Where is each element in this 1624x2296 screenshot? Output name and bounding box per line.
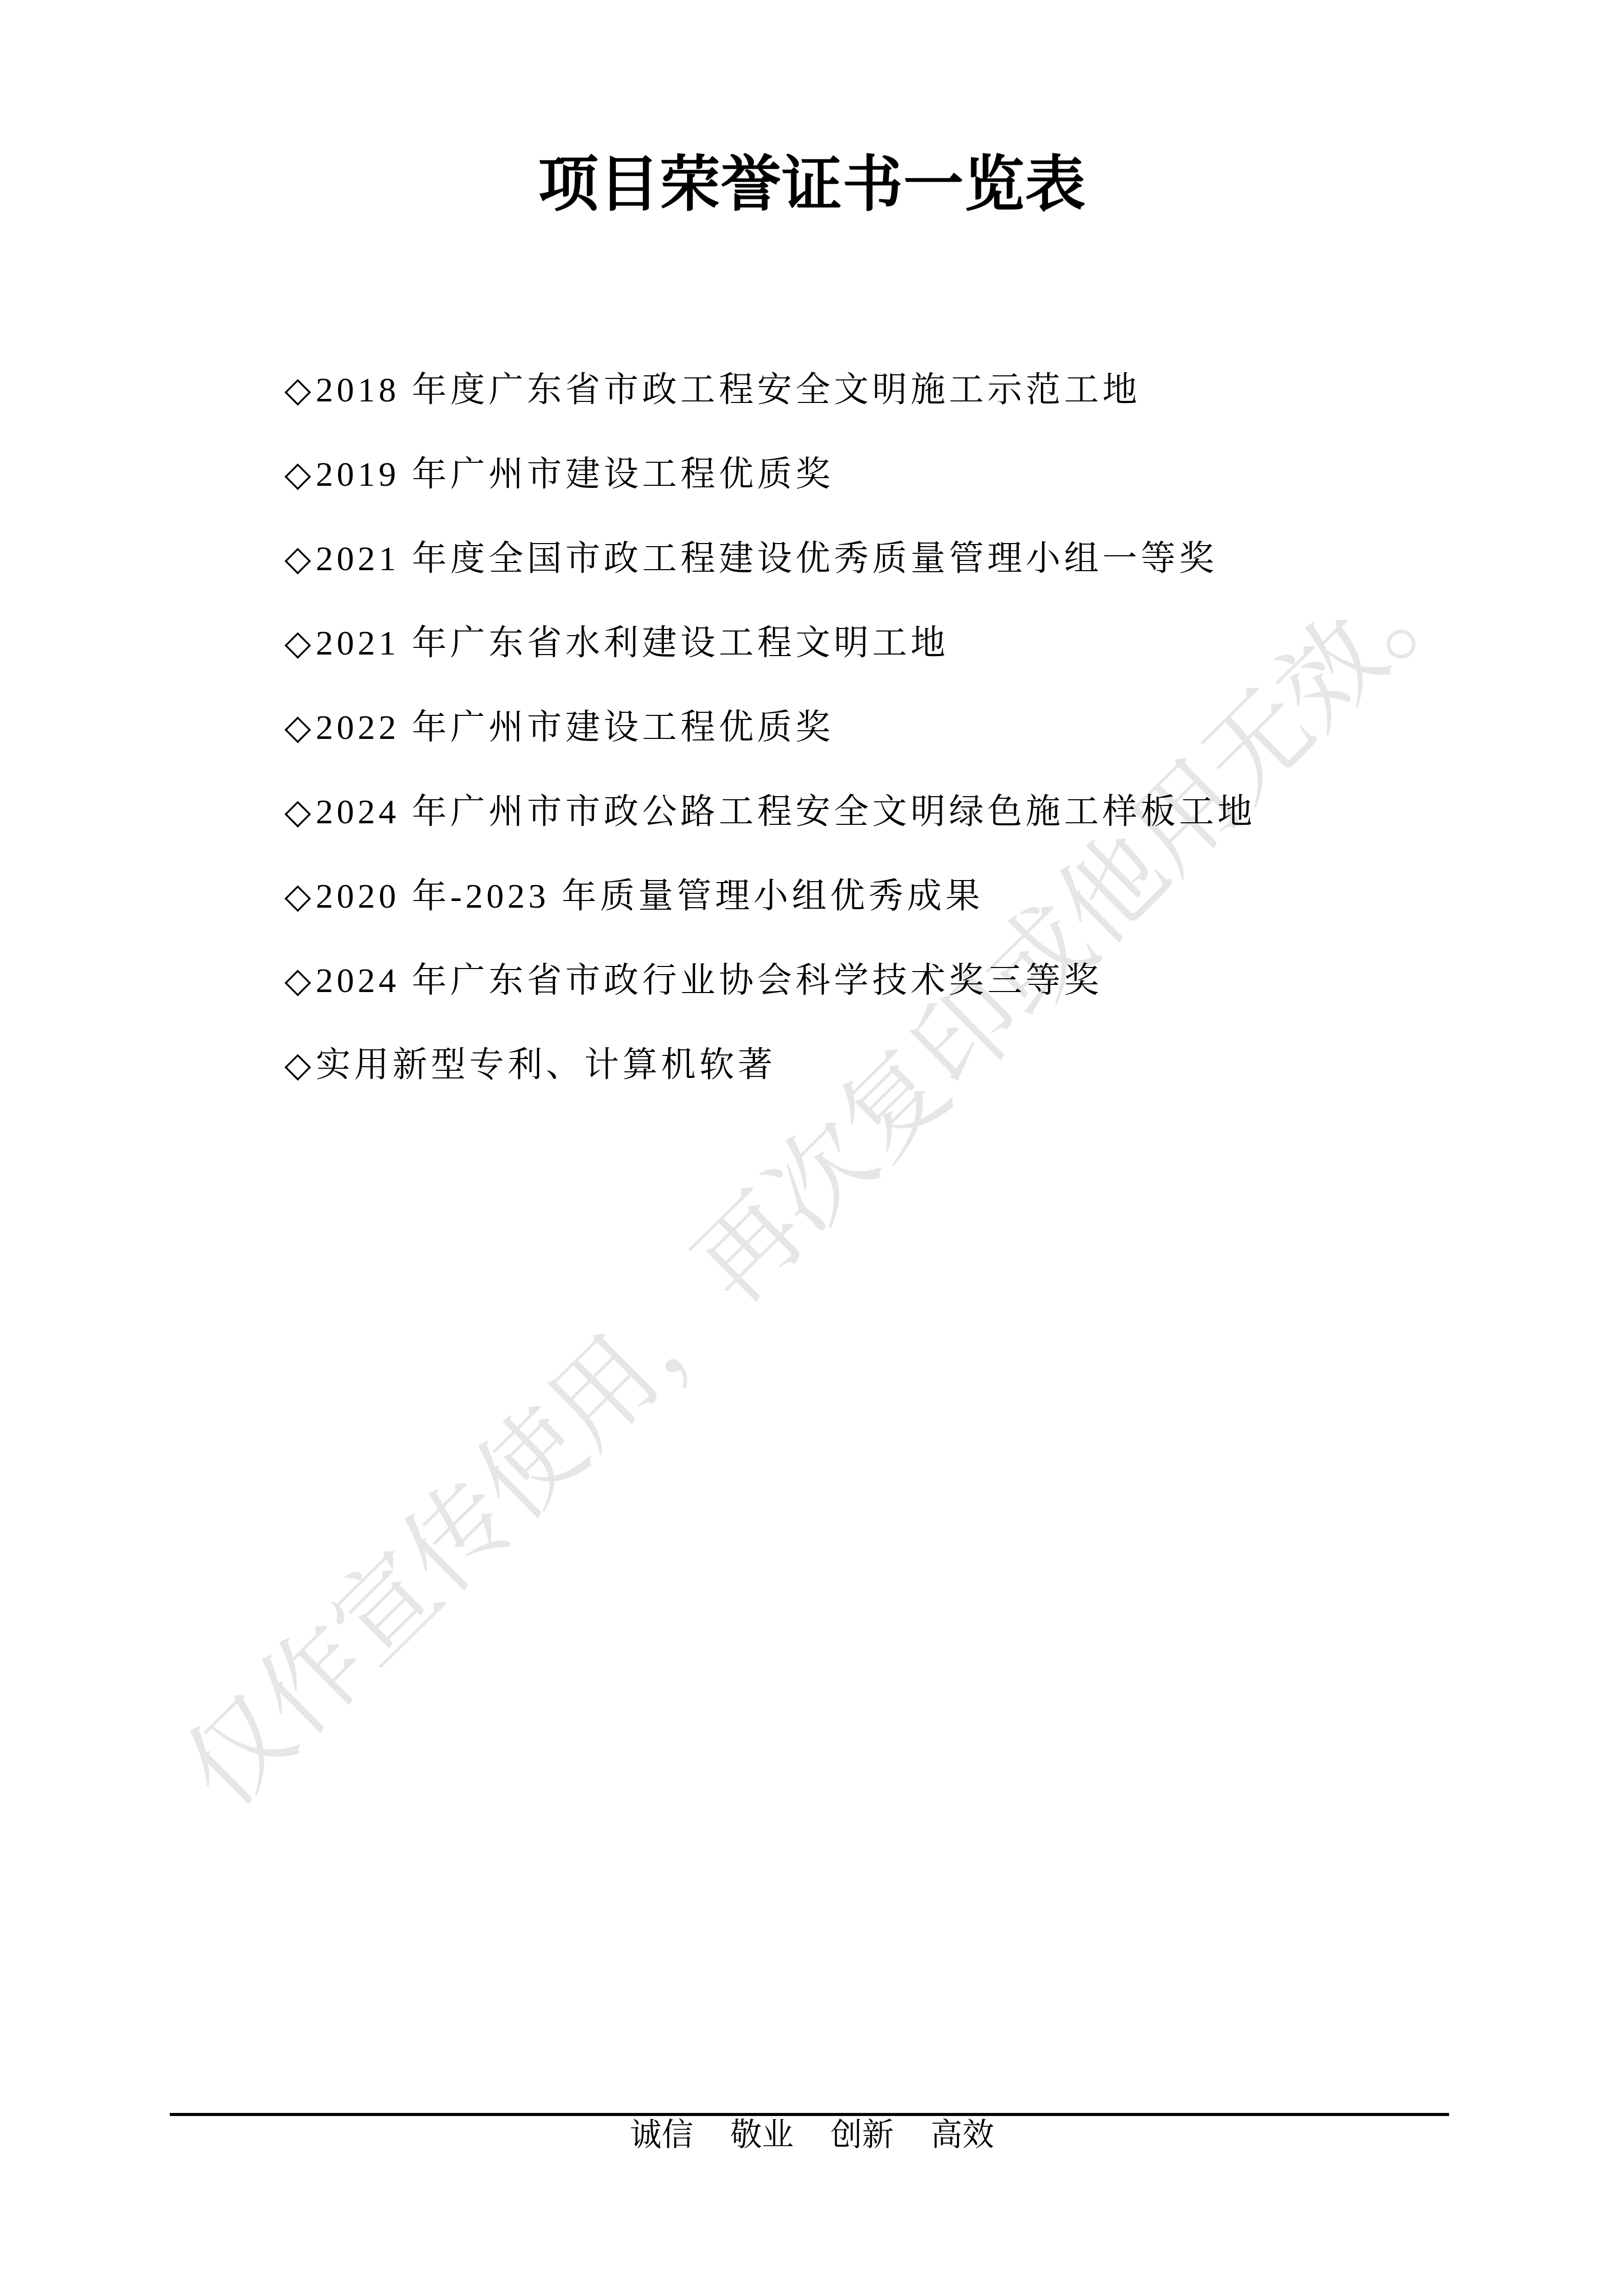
- list-item-text: 2021 年度全国市政工程建设优秀质量管理小组一等奖: [316, 539, 1217, 578]
- list-item: ◇实用新型专利、计算机软著: [284, 1023, 1256, 1107]
- list-item-text: 2024 年广州市市政公路工程安全文明绿色施工样板工地: [316, 792, 1256, 831]
- footer-divider: [170, 2113, 1449, 2116]
- page-title: 项目荣誉证书一览表: [0, 153, 1624, 217]
- list-item: ◇2024 年广州市市政公路工程安全文明绿色施工样板工地: [284, 770, 1256, 854]
- list-item: ◇2022 年广州市建设工程优质奖: [284, 685, 1256, 770]
- diamond-bullet-icon: ◇: [284, 685, 315, 770]
- list-item-text: 2019 年广州市建设工程优质奖: [316, 455, 834, 493]
- list-item-text: 2018 年度广东省市政工程安全文明施工示范工地: [316, 370, 1141, 409]
- diamond-bullet-icon: ◇: [284, 1023, 315, 1107]
- diamond-bullet-icon: ◇: [284, 348, 315, 432]
- footer-motto: 诚信 敬业 创新 高效: [630, 2119, 994, 2152]
- motto-word: 敬业: [730, 2119, 793, 2152]
- list-item: ◇2021 年广东省水利建设工程文明工地: [284, 601, 1256, 685]
- list-item: ◇2018 年度广东省市政工程安全文明施工示范工地: [284, 348, 1256, 432]
- list-item: ◇2019 年广州市建设工程优质奖: [284, 432, 1256, 516]
- diamond-bullet-icon: ◇: [284, 432, 315, 516]
- diamond-bullet-icon: ◇: [284, 938, 315, 1023]
- list-item-text: 2020 年-2023 年质量管理小组优秀成果: [316, 876, 984, 915]
- diamond-bullet-icon: ◇: [284, 854, 315, 938]
- list-item: ◇2021 年度全国市政工程建设优秀质量管理小组一等奖: [284, 516, 1256, 601]
- honor-list: ◇2018 年度广东省市政工程安全文明施工示范工地 ◇2019 年广州市建设工程…: [284, 348, 1256, 1107]
- diamond-bullet-icon: ◇: [284, 770, 315, 854]
- list-item: ◇2024 年广东省市政行业协会科学技术奖三等奖: [284, 938, 1256, 1023]
- list-item-text: 2021 年广东省水利建设工程文明工地: [316, 623, 949, 662]
- list-item-text: 实用新型专利、计算机软著: [316, 1045, 776, 1084]
- motto-word: 高效: [931, 2119, 994, 2152]
- diamond-bullet-icon: ◇: [284, 516, 315, 601]
- list-item-text: 2022 年广州市建设工程优质奖: [316, 708, 834, 747]
- diamond-bullet-icon: ◇: [284, 601, 315, 685]
- document-page: 仅作宣传使用，再次复印或他用无效。 项目荣誉证书一览表 ◇2018 年度广东省市…: [0, 0, 1624, 2296]
- list-item: ◇2020 年-2023 年质量管理小组优秀成果: [284, 854, 1256, 938]
- list-item-text: 2024 年广东省市政行业协会科学技术奖三等奖: [316, 961, 1102, 1000]
- motto-word: 创新: [831, 2119, 894, 2152]
- motto-word: 诚信: [630, 2119, 693, 2152]
